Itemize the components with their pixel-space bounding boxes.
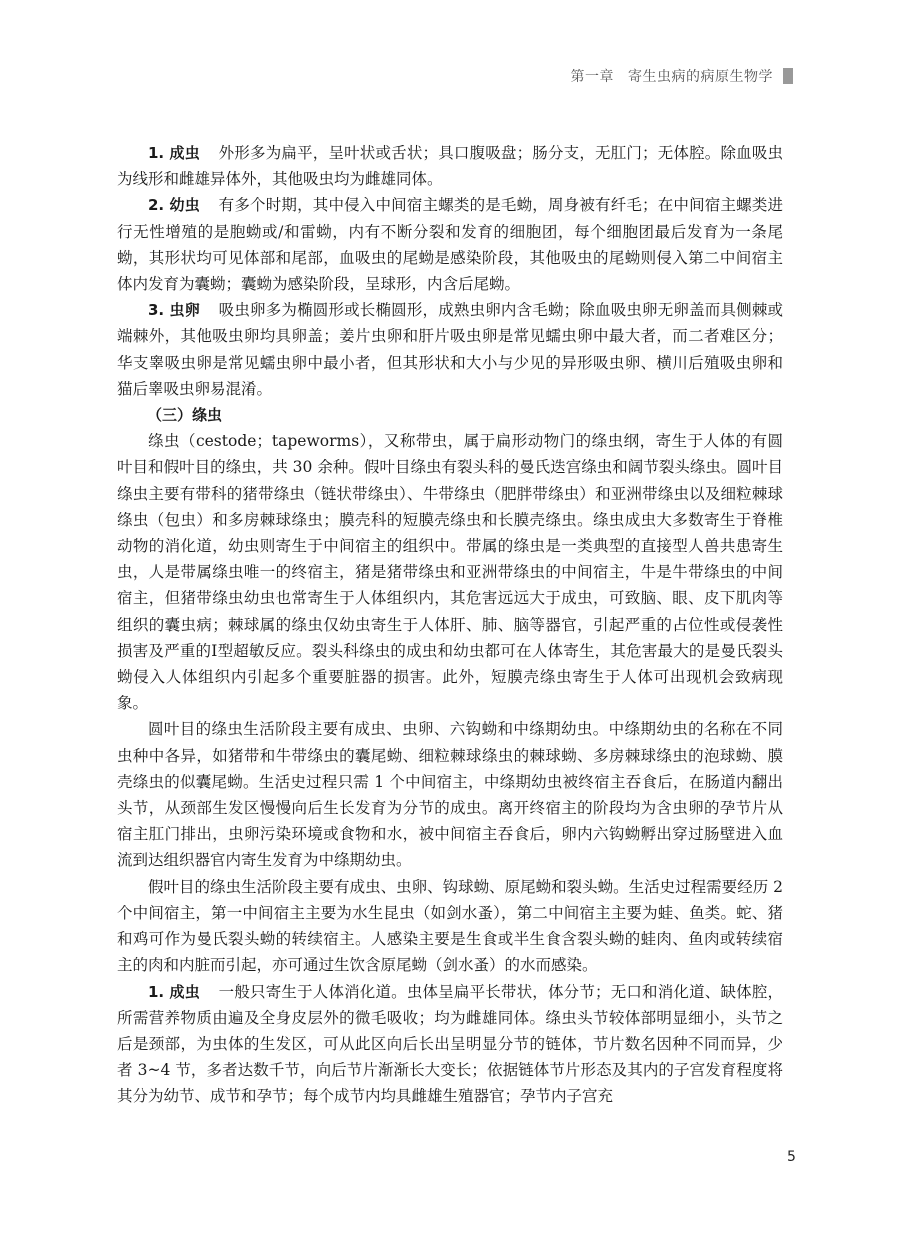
item-label: 2. 幼虫 [148,196,200,214]
paragraph-trematode-larva: 2. 幼虫有多个时期，其中侵入中间宿主螺类的是毛蚴，周身被有纤毛；在中间宿主螺类… [117,192,783,297]
page-body: 1. 成虫外形多为扁平，呈叶状或舌状；具口腹吸盘；肠分支，无肛门；无体腔。除血吸… [117,140,783,1110]
chapter-label: 第一章 [571,66,615,86]
running-header: 第一章 寄生虫病的病原生物学 [571,66,794,86]
paragraph-cyclophyllidea: 圆叶目的绦虫生活阶段主要有成虫、虫卵、六钩蚴和中绦期幼虫。中绦期幼虫的名称在不同… [117,716,783,873]
item-label: 3. 虫卵 [148,301,200,319]
page-number: 5 [787,1149,796,1165]
paragraph-trematode-adult: 1. 成虫外形多为扁平，呈叶状或舌状；具口腹吸盘；肠分支，无肛门；无体腔。除血吸… [117,140,783,192]
item-text: 一般只寄生于人体消化道。虫体呈扁平长带状，体分节；无口和消化道、缺体腔，所需营养… [117,983,783,1106]
item-text: 外形多为扁平，呈叶状或舌状；具口腹吸盘；肠分支，无肛门；无体腔。除血吸虫为线形和… [117,144,783,188]
paragraph-cestode-adult: 1. 成虫一般只寄生于人体消化道。虫体呈扁平长带状，体分节；无口和消化道、缺体腔… [117,979,783,1110]
header-marker-block [783,68,793,84]
paragraph-trematode-egg: 3. 虫卵吸虫卵多为椭圆形或长椭圆形，成熟虫卵内含毛蚴；除血吸虫卵无卵盖而具侧棘… [117,297,783,402]
section-heading: （三）绦虫 [117,402,783,428]
paragraph-cestode-intro: 绦虫（cestode；tapeworms），又称带虫，属于扁形动物门的绦虫纲，寄… [117,428,783,716]
paragraph-pseudophyllidea: 假叶目的绦虫生活阶段主要有成虫、虫卵、钩球蚴、原尾蚴和裂头蚴。生活史过程需要经历… [117,874,783,979]
item-text: 有多个时期，其中侵入中间宿主螺类的是毛蚴，周身被有纤毛；在中间宿主螺类进行无性增… [117,196,783,293]
item-label: 1. 成虫 [148,983,200,1001]
item-label: 1. 成虫 [148,144,200,162]
item-text: 吸虫卵多为椭圆形或长椭圆形，成熟虫卵内含毛蚴；除血吸虫卵无卵盖而具侧棘或端棘外，… [117,301,783,398]
chapter-title: 寄生虫病的病原生物学 [628,66,773,86]
